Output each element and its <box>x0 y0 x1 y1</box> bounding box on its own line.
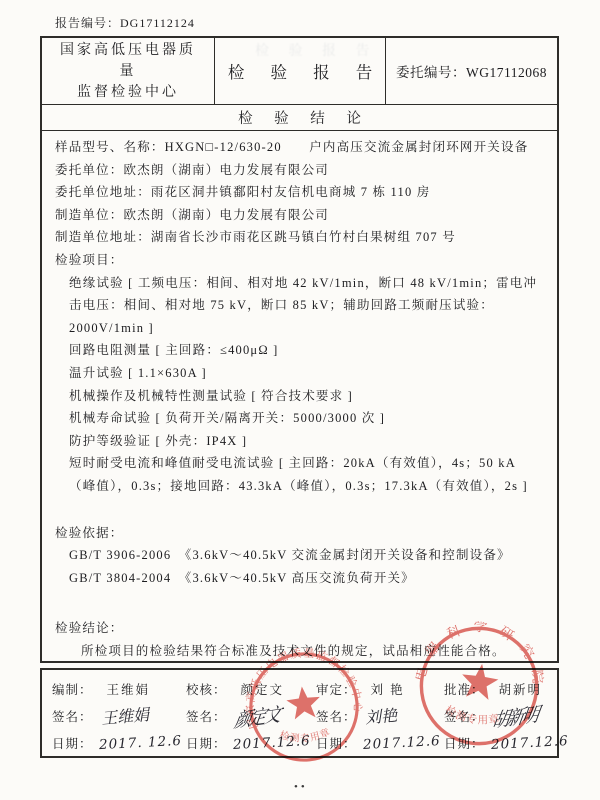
sign-label: 签名： <box>186 707 227 725</box>
handwritten-signature: 刘艳 <box>364 703 398 729</box>
basis-standard: GB/T 3906-2006 《3.6kV～40.5kV 交流金属封闭开关设备和… <box>55 544 542 567</box>
seal-banner-text: 检测专用章 <box>277 723 334 748</box>
test-item: 防护等级验证 [ 外壳：IP4X ] <box>55 430 542 453</box>
client-address-line: 委托单位地址：雨花区洞井镇鄱阳村友信机电商城 7 栋 110 房 <box>55 181 542 204</box>
seal-ring-text: 国家高低压电器质量监督检验中心 <box>239 642 367 730</box>
report-number-label: 报告编号： <box>55 16 120 30</box>
section-title: 检 验 结 论 <box>229 107 370 128</box>
manufacturer-address-line: 制造单位地址：湖南省长沙市雨花区跳马镇白竹村白果树组 707 号 <box>55 226 542 249</box>
handwritten-signature: 王维娟 <box>100 702 150 729</box>
role-label: 编制： <box>52 680 93 698</box>
issuing-org-cell: 国家高低压电器质 量 监督检验中心 <box>42 38 215 104</box>
test-item: 机械寿命试验 [ 负荷开关/隔离开关：5000/3000 次 ] <box>55 407 542 430</box>
sample-model-line: 样品型号、名称：HXGN□-12/630-20 户内高压交流金属封闭环网开关设备 <box>55 136 542 159</box>
test-item: 机械操作及机械特性测量试验 [ 符合技术要求 ] <box>55 385 542 408</box>
role-label: 校核： <box>186 680 227 698</box>
seal-banner-text: 检测专用章 <box>442 702 504 730</box>
page-footer-dots: •• <box>294 781 308 793</box>
org-line-3: 监督检验中心 <box>60 82 196 103</box>
client-line: 委托单位：欧杰朗（湖南）电力发展有限公司 <box>55 159 542 182</box>
svg-text:检测专用章: 检测专用章 <box>442 702 504 730</box>
official-seal-right: 电器科学研究院 检测专用章 <box>407 614 552 759</box>
manufacturer-line: 制造单位：欧杰朗（湖南）电力发展有限公司 <box>55 204 542 227</box>
report-table: 国家高低压电器质 量 监督检验中心 检 验 报 告 委托编号：WG1711206… <box>40 36 559 663</box>
section-title-row: 检 验 结 论 <box>42 105 557 131</box>
svg-text:检测专用章: 检测专用章 <box>277 723 334 748</box>
basis-heading: 检验依据： <box>55 522 542 545</box>
report-body: 样品型号、名称：HXGN□-12/630-20 户内高压交流金属封闭环网开关设备… <box>42 131 557 662</box>
test-item: 绝缘试验 [ 工频电压：相间、相对地 42 kV/1min，断口 48 kV/1… <box>55 272 542 340</box>
issuing-org-name: 国家高低压电器质 量 监督检验中心 <box>60 40 196 103</box>
commission-number-cell: 委托编号：WG17112068 <box>386 38 557 104</box>
report-title-cell: 检 验 报 告 <box>215 38 386 104</box>
svg-text:国家高低压电器质量监督检验中心: 国家高低压电器质量监督检验中心 <box>239 642 367 730</box>
scanned-inspection-report-page: 报告编号：DG17112124 检 验 报 告 国家高低压电器质 量 监督检验中… <box>0 0 600 800</box>
role-name: 刘 艳 <box>371 680 405 698</box>
test-item: 温升试验 [ 1.1×630A ] <box>55 362 542 385</box>
handwritten-date: 2017. 12.6 <box>98 732 182 752</box>
test-item: 回路电阻测量 [ 主回路：≤400μΩ ] <box>55 339 542 362</box>
header-row: 国家高低压电器质 量 监督检验中心 检 验 报 告 委托编号：WG1711206… <box>42 38 557 105</box>
commission-number: 委托编号：WG17112068 <box>396 61 547 81</box>
signoff-col-prepared: 编制：王维娟 签名：王维娟 日期：2017. 12.6 <box>42 670 176 756</box>
role-name: 王维娟 <box>107 680 151 698</box>
seal-star-icon <box>285 685 322 720</box>
test-item: 短时耐受电流和峰值耐受电流试验 [ 主回路：20kA（有效值），4s；50 kA… <box>55 452 542 497</box>
org-line-1: 国家高低压电器质 <box>60 40 196 61</box>
items-heading: 检验项目： <box>55 249 542 272</box>
basis-standard: GB/T 3804-2004 《3.6kV～40.5kV 高压交流负荷开关》 <box>55 567 542 590</box>
report-number-line: 报告编号：DG17112124 <box>55 14 195 31</box>
seal-star-icon <box>459 661 500 701</box>
date-label: 日期： <box>186 734 227 752</box>
sign-label: 签名： <box>52 707 93 725</box>
report-number-value: DG17112124 <box>120 16 195 30</box>
official-seal-left: 国家高低压电器质量监督检验中心 检测专用章 <box>239 642 369 772</box>
report-title: 检 验 报 告 <box>217 59 383 83</box>
date-label: 日期： <box>52 734 93 752</box>
org-line-2: 量 <box>60 61 196 82</box>
